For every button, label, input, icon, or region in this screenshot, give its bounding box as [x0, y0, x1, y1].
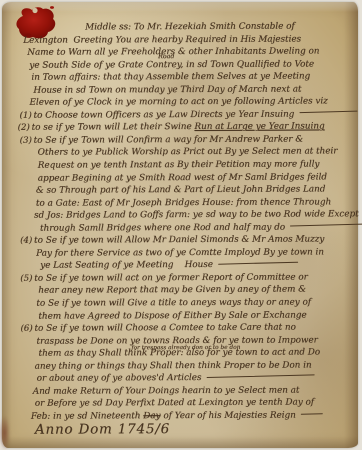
line-text: them as thay Shall think Proper: also fo…	[39, 348, 321, 359]
line-text: Request on ye tenth Instant as By their …	[38, 159, 320, 170]
line-text: & so Through part of his Land & Part of …	[36, 185, 326, 196]
line-text: Eleven of ye Clock in ye morning to act …	[29, 97, 327, 108]
line-text: them have Agreed to Dispose of Either By…	[38, 310, 306, 321]
article-number: (6)	[20, 323, 32, 336]
article-number: (5)	[20, 273, 32, 286]
manuscript-line: Middle ss: To Mr. Hezekiah Smith Constab…	[85, 20, 351, 34]
flourish-dash	[206, 374, 314, 378]
line-text: to Se if ye town will act on ye former R…	[34, 272, 308, 283]
line-text: Others to ye Publick Worship as Prict ou…	[38, 147, 338, 158]
line-text: Pay for there Service as two of ye Comtt…	[36, 247, 324, 258]
underlined-text: Run at Large ye Year Insuing	[194, 122, 324, 133]
line-text: ye Last Seating of ye Meeting House	[40, 260, 213, 271]
article-number: (2)	[18, 122, 30, 135]
flourish-dash	[290, 224, 362, 228]
line-text: to Se if ye town will Choose a Comtee to…	[34, 323, 295, 334]
line-text: to Choose town Officers as ye Law Direct…	[33, 109, 294, 120]
article-number: (4)	[20, 235, 32, 248]
flourish-dash	[299, 111, 357, 114]
interlined-insertion: Road	[158, 54, 174, 60]
line-text: of Year of his Majesties Reign	[160, 410, 295, 421]
line-text: appear Begining at ye Smith Road west of…	[38, 172, 327, 183]
line-text: ye South Side of ye Grate Contrey, in sd…	[29, 59, 314, 70]
edge-smudge	[0, 412, 11, 450]
line-text: hear aney new Report that may be Given b…	[38, 285, 306, 296]
line-text: to Se if ye Town will Confirm a way for …	[34, 134, 304, 145]
line-text: or about aney of ye aboves'd Articles	[37, 373, 202, 384]
line-text: to Se if ye town will Give a title to an…	[36, 298, 311, 309]
line-text: House in sd Town on munday ye Third Day …	[33, 84, 301, 95]
line-text: sd Jos: Bridges Land to Goffs farm: ye s…	[34, 209, 359, 220]
article-number: (1)	[19, 110, 31, 123]
line-text: Lexington Greeting You are hearby Requir…	[23, 34, 301, 45]
manuscript-scan: Middle ss: To Mr. Hezekiah Smith Constab…	[0, 0, 362, 450]
line-text: aney thing or things thay Shall then thi…	[35, 360, 312, 371]
line-text: Anno Dom 1745/6	[35, 421, 170, 438]
line-text: to Se if ye town will Allow Mr Daniel Si…	[34, 235, 324, 246]
line-text: And make Return of Your Doings hearin to…	[33, 385, 300, 396]
manuscript-line: Anno Dom 1745/6	[35, 422, 353, 436]
flourish-dash	[218, 262, 298, 265]
struck-text: Day	[143, 411, 160, 421]
manuscript-text-block: Middle ss: To Mr. Hezekiah Smith Constab…	[29, 20, 353, 435]
flourish-dash	[301, 413, 323, 415]
line-text: to se if ye Town will Let their Swine	[32, 122, 195, 133]
line-text: or Before ye sd Day Perfixt Dated at Lex…	[35, 398, 314, 409]
line-text: Middle ss: To Mr. Hezekiah Smith Constab…	[85, 22, 295, 33]
line-text: in Town affairs: that thay Assemble them…	[31, 72, 310, 83]
article-number: (3)	[20, 135, 32, 148]
line-text: to a Gate: East of Mr Joseph Bridges Hou…	[36, 197, 331, 208]
line-text: through Samll Bridges where one Rod and …	[40, 222, 285, 233]
